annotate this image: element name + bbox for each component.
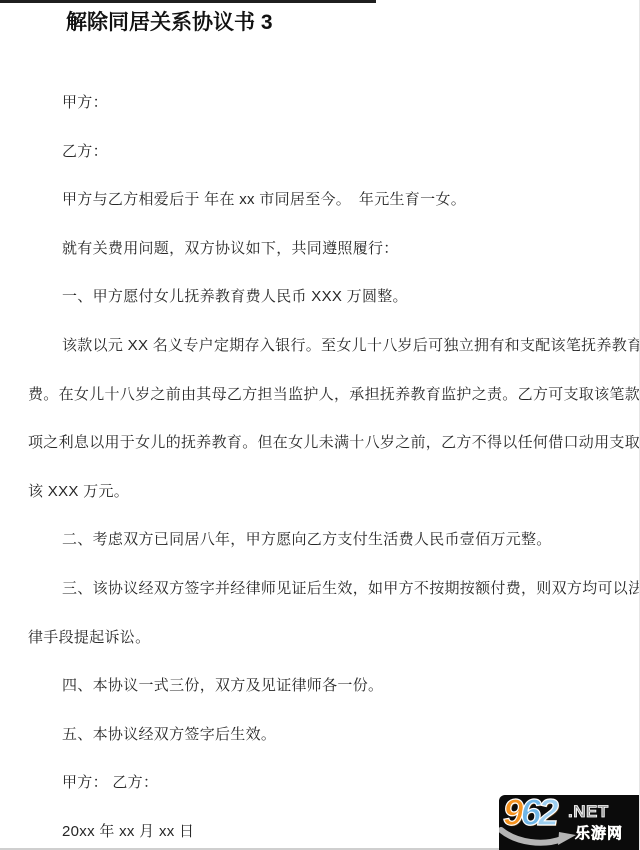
document-line: 四、本协议一式三份，双方及见证律师各一份。: [28, 662, 639, 711]
logo-tld: .NET: [568, 802, 609, 822]
document-line: 费。在女儿十八岁之前由其母乙方担当监护人，承担抚养教育监护之责。乙方可支取该笔款: [28, 371, 639, 420]
document-line: 三、该协议经双方签字并经律师见证后生效，如甲方不按期按额付费，则双方均可以法: [28, 565, 639, 614]
document-line: 甲方：: [28, 79, 639, 128]
document-line: 该款以元 XX 名义专户定期存入银行。至女儿十八岁后可独立拥有和支配该笔抚养教育: [28, 322, 639, 371]
document-line: 项之利息以用于女儿的抚养教育。但在女儿未满十八岁之前，乙方不得以任何借口动用支取: [28, 419, 639, 468]
logo-digit: 9: [503, 792, 521, 833]
document-page: 解除同居关系协议书 3 甲方：乙方：甲方与乙方相爱后于 年在 xx 市同居至今。…: [0, 0, 640, 850]
page-title: 解除同居关系协议书 3: [66, 9, 273, 37]
document-line: 一、甲方愿付女儿抚养教育费人民币 XXX 万圆整。: [28, 273, 639, 322]
document-line: 二、考虑双方已同居八年，甲方愿向乙方支付生活费人民币壹佰万元整。: [28, 516, 639, 565]
document-line: 甲方与乙方相爱后于 年在 xx 市同居至今。 年元生育一女。: [28, 176, 639, 225]
top-edge-bar: [0, 0, 376, 3]
document-line: 乙方：: [28, 128, 639, 177]
document-line: 五、本协议经双方签字后生效。: [28, 711, 639, 760]
document-body: 甲方：乙方：甲方与乙方相爱后于 年在 xx 市同居至今。 年元生育一女。就有关费…: [0, 79, 639, 850]
logo-digits: 962: [503, 792, 556, 834]
logo-digit: 6: [521, 792, 539, 833]
document-line: 就有关费用问题，双方协议如下，共同遵照履行：: [28, 225, 639, 274]
logo-digit: 2: [538, 792, 556, 833]
logo-site-name: 乐游网: [575, 822, 623, 843]
watermark-logo: 962 .NET 乐游网: [499, 795, 639, 850]
document-line: 该 XXX 万元。: [28, 468, 639, 517]
document-line: 律手段提起诉讼。: [28, 614, 639, 663]
